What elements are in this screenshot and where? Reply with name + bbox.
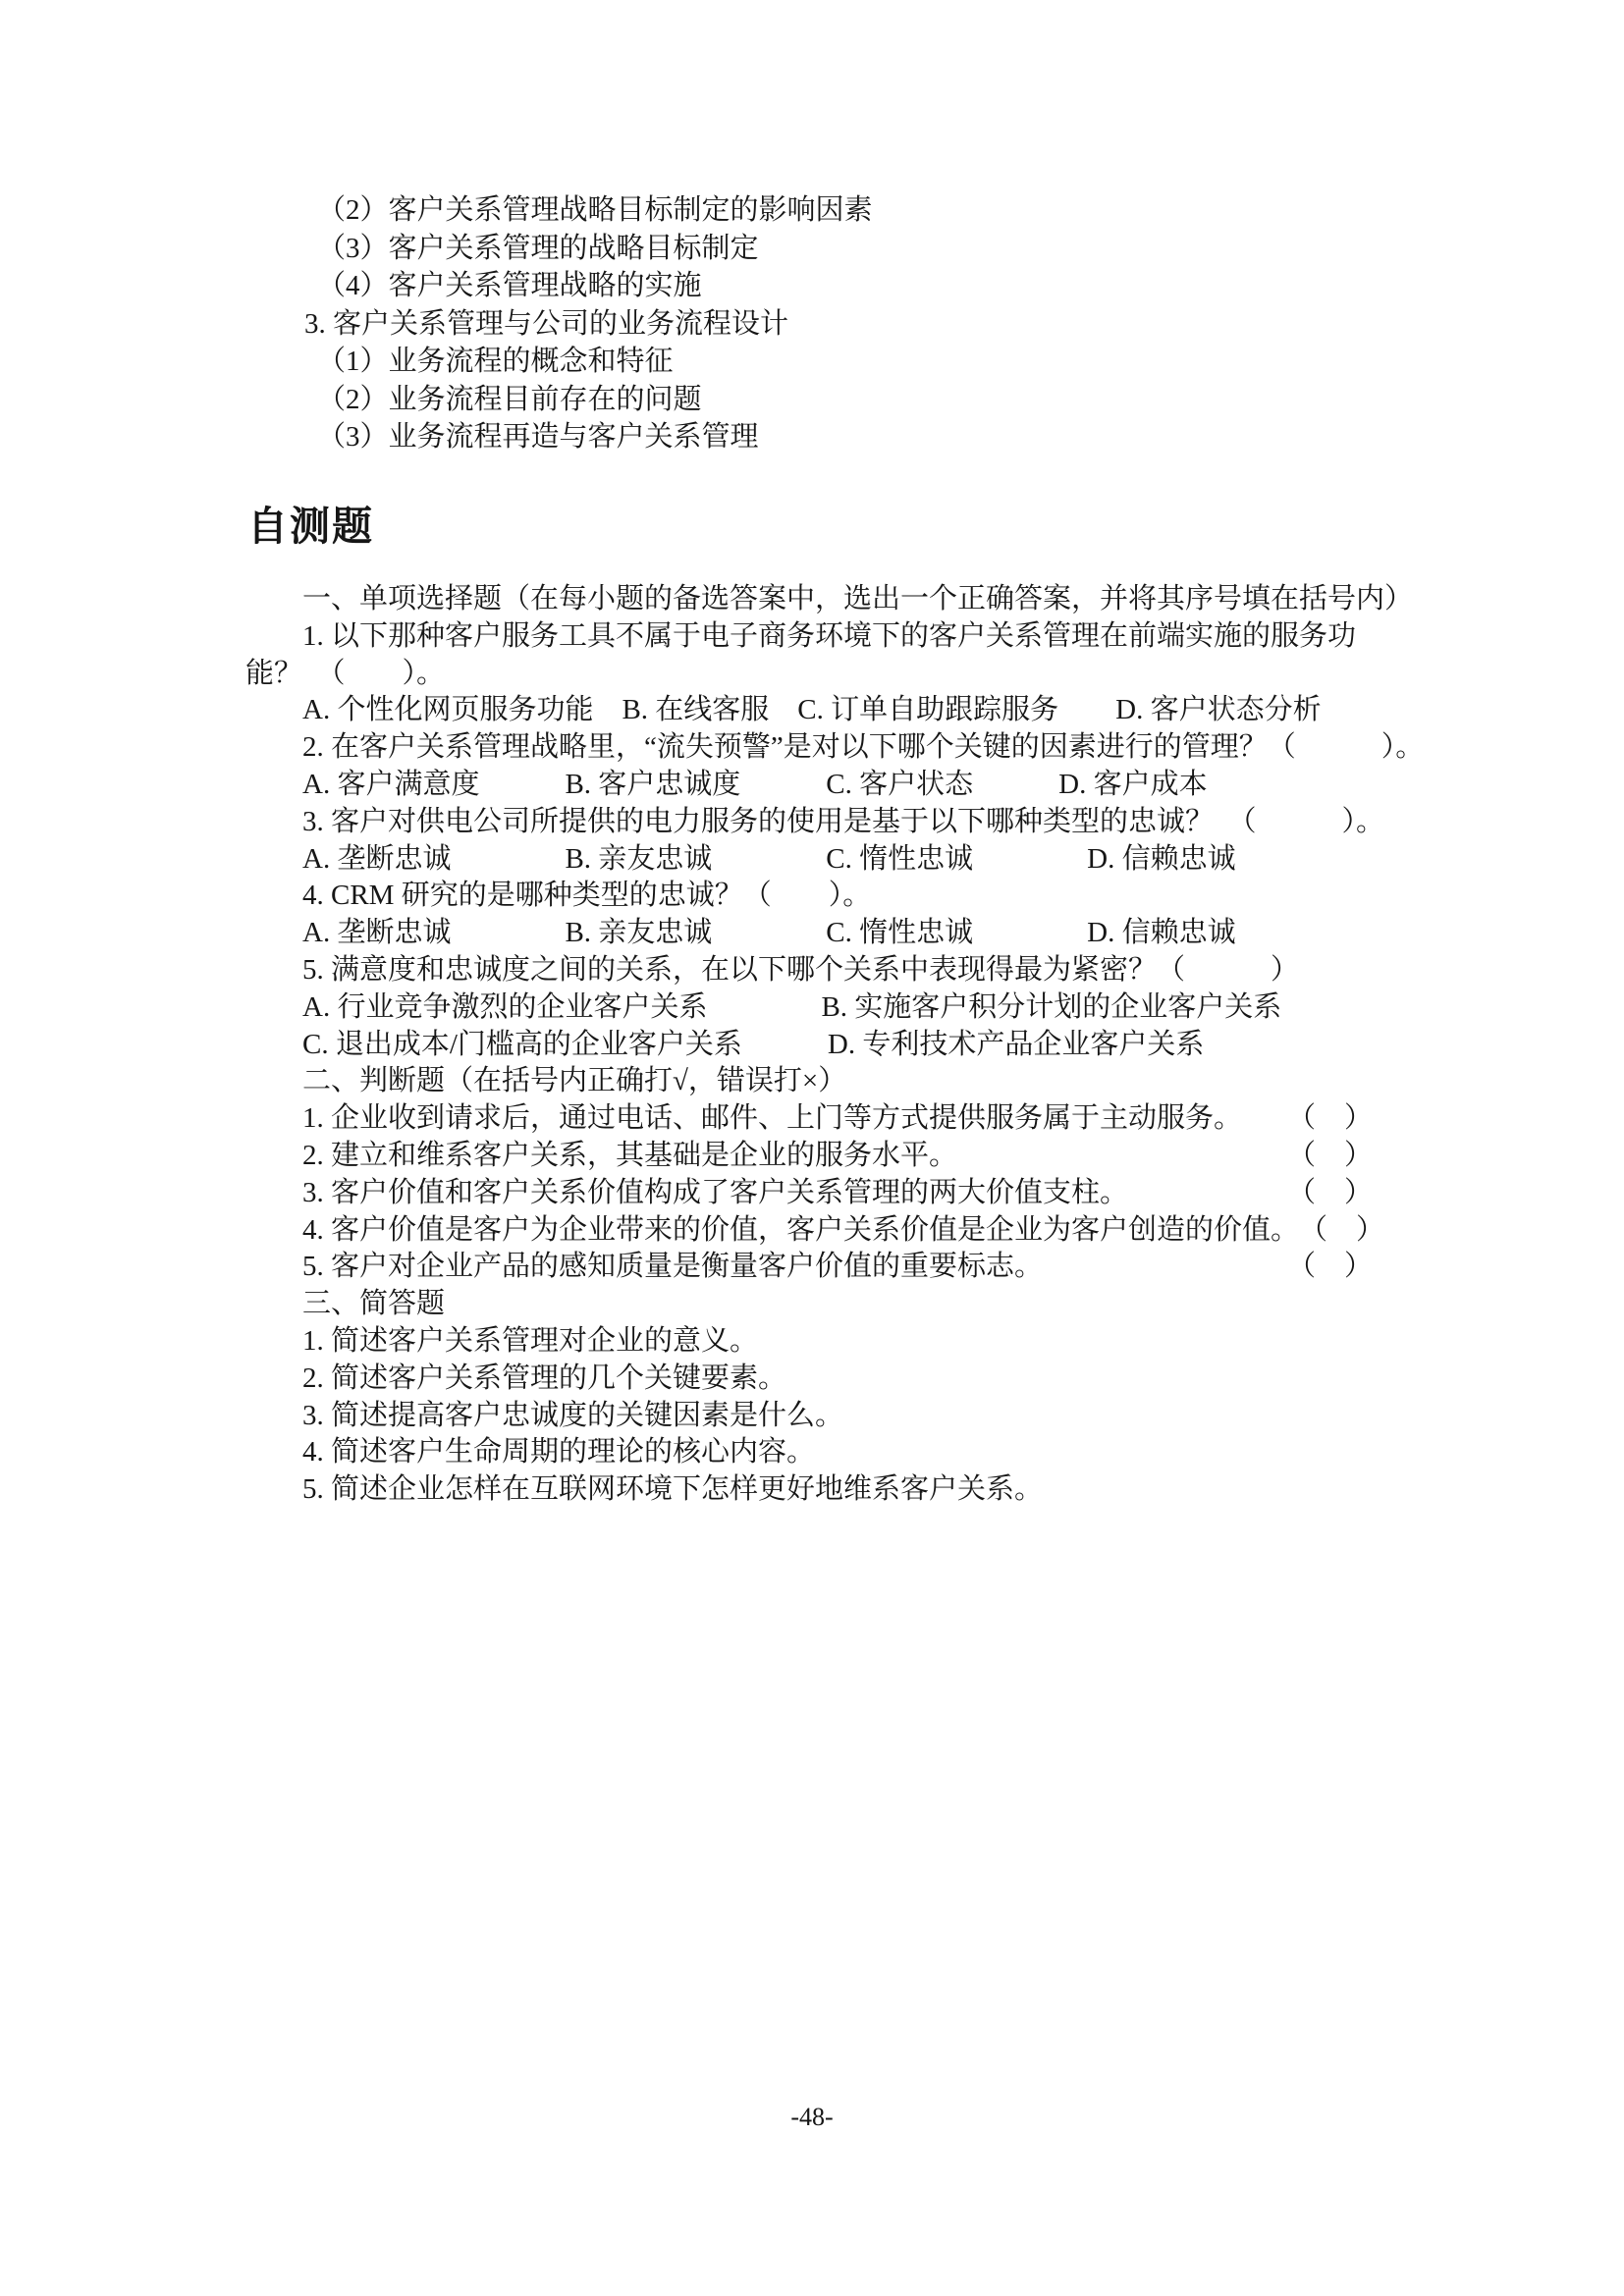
page-number: -48- bbox=[0, 2103, 1624, 2132]
outline-item: 3. 客户关系管理与公司的业务流程设计 bbox=[304, 305, 873, 344]
tf-section-header: 二、判断题（在括号内正确打√，错误打×） bbox=[245, 1063, 1384, 1100]
tf-item-text: 1. 企业收到请求后，通过电话、邮件、上门等方式提供服务属于主动服务。 bbox=[302, 1100, 1242, 1138]
outline-item: （2）业务流程目前存在的问题 bbox=[304, 381, 873, 419]
document-page: （2）客户关系管理战略目标制定的影响因素 （3）客户关系管理的战略目标制定 （4… bbox=[0, 0, 1624, 2296]
mc-options-line: A. 垄断忠诚 B. 亲友忠诚 C. 惰性忠诚 D. 信赖忠诚 bbox=[245, 915, 1384, 952]
answer-blank: （ ） bbox=[1287, 1249, 1373, 1286]
mc-question-line: 3. 客户对供电公司所提供的电力服务的使用是基于以下哪种类型的忠诚？ （ ）。 bbox=[245, 804, 1384, 841]
tf-item: 4. 客户价值是客户为企业带来的价值，客户关系价值是企业为客户创造的价值。 （ … bbox=[245, 1212, 1384, 1250]
outline-item: （4）客户关系管理战略的实施 bbox=[304, 267, 873, 305]
sa-item: 3. 简述提高客户忠诚度的关键因素是什么。 bbox=[245, 1398, 1384, 1435]
mc-options-line: A. 行业竞争激烈的企业客户关系 B. 实施客户积分计划的企业客户关系 bbox=[245, 989, 1384, 1027]
tf-item-text: 5. 客户对企业产品的感知质量是衡量客户价值的重要标志。 bbox=[302, 1249, 1043, 1286]
chapter-outline: （2）客户关系管理战略目标制定的影响因素 （3）客户关系管理的战略目标制定 （4… bbox=[304, 191, 873, 456]
tf-item: 3. 客户价值和客户关系价值构成了客户关系管理的两大价值支柱。 （ ） bbox=[245, 1175, 1384, 1212]
selftest-body: 一、单项选择题（在每小题的备选答案中，选出一个正确答案，并将其序号填在括号内） … bbox=[245, 581, 1384, 1509]
tf-item-text: 2. 建立和维系客户关系，其基础是企业的服务水平。 bbox=[302, 1138, 957, 1175]
sa-item: 2. 简述客户关系管理的几个关键要素。 bbox=[245, 1361, 1384, 1398]
tf-item: 2. 建立和维系客户关系，其基础是企业的服务水平。 （ ） bbox=[245, 1138, 1384, 1175]
mc-options-line: A. 个性化网页服务功能 B. 在线客服 C. 订单自助跟踪服务 D. 客户状态… bbox=[245, 692, 1384, 729]
mc-options-line: A. 客户满意度 B. 客户忠诚度 C. 客户状态 D. 客户成本 bbox=[245, 767, 1384, 804]
outline-item: （1）业务流程的概念和特征 bbox=[304, 343, 873, 381]
mc-section-header: 一、单项选择题（在每小题的备选答案中，选出一个正确答案，并将其序号填在括号内） bbox=[245, 581, 1384, 618]
sa-item: 4. 简述客户生命周期的理论的核心内容。 bbox=[245, 1434, 1384, 1471]
sa-section-header: 三、简答题 bbox=[245, 1286, 1384, 1323]
mc-question-line: 5. 满意度和忠诚度之间的关系，在以下哪个关系中表现得最为紧密？（ ） bbox=[245, 952, 1384, 989]
answer-blank: （ ） bbox=[1287, 1138, 1373, 1175]
tf-item-text: 4. 客户价值是客户为企业带来的价值，客户关系价值是企业为客户创造的价值。 bbox=[302, 1212, 1299, 1250]
outline-item: （3）客户关系管理的战略目标制定 bbox=[304, 230, 873, 268]
outline-item: （3）业务流程再造与客户关系管理 bbox=[304, 418, 873, 456]
mc-question-wrap-line: 能？ （ ）。 bbox=[245, 656, 1384, 693]
answer-blank: （ ） bbox=[1287, 1100, 1373, 1138]
mc-options-line: A. 垄断忠诚 B. 亲友忠诚 C. 惰性忠诚 D. 信赖忠诚 bbox=[245, 841, 1384, 879]
tf-item-text: 3. 客户价值和客户关系价值构成了客户关系管理的两大价值支柱。 bbox=[302, 1175, 1128, 1212]
mc-question-line: 4. CRM 研究的是哪种类型的忠诚？（ ）。 bbox=[245, 878, 1384, 915]
tf-item: 5. 客户对企业产品的感知质量是衡量客户价值的重要标志。 （ ） bbox=[245, 1249, 1384, 1286]
mc-question-line: 2. 在客户关系管理战略里，“流失预警”是对以下哪个关键的因素进行的管理？（ ）… bbox=[245, 729, 1384, 767]
answer-blank: （ ） bbox=[1299, 1212, 1384, 1250]
sa-item: 5. 简述企业怎样在互联网环境下怎样更好地维系客户关系。 bbox=[245, 1471, 1384, 1509]
sa-item: 1. 简述客户关系管理对企业的意义。 bbox=[245, 1323, 1384, 1361]
selftest-heading: 自测题 bbox=[247, 503, 374, 550]
answer-blank: （ ） bbox=[1287, 1175, 1373, 1212]
tf-item: 1. 企业收到请求后，通过电话、邮件、上门等方式提供服务属于主动服务。 （ ） bbox=[245, 1100, 1384, 1138]
outline-item: （2）客户关系管理战略目标制定的影响因素 bbox=[304, 191, 873, 230]
mc-question-line: 1. 以下那种客户服务工具不属于电子商务环境下的客户关系管理在前端实施的服务功 bbox=[245, 618, 1384, 656]
mc-options-line: C. 退出成本/门槛高的企业客户关系 D. 专利技术产品企业客户关系 bbox=[245, 1027, 1384, 1064]
